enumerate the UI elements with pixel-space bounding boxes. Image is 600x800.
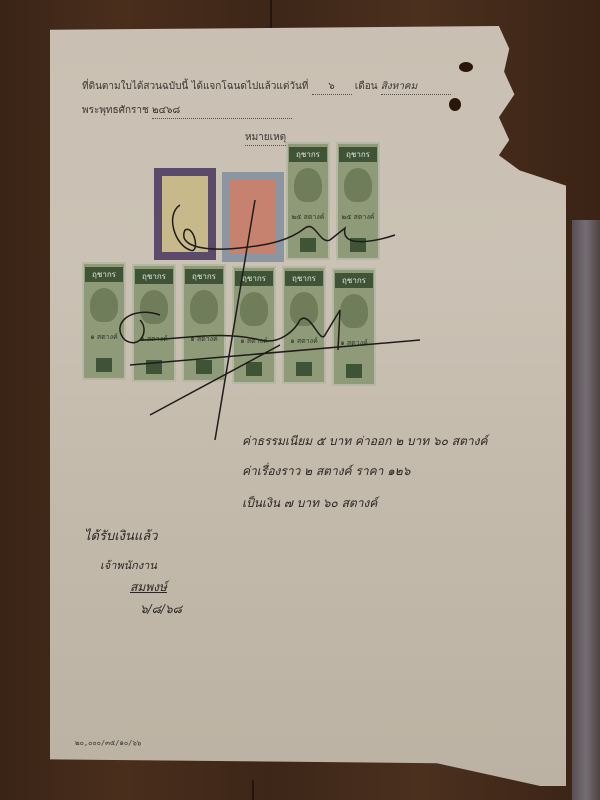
signature-date: ๖/๘/๖๘: [140, 600, 182, 619]
handwritten-fee-line-3: เป็นเงิน ๗ บาท ๖๐ สตางค์: [242, 494, 377, 513]
officer-signature: สมพงษ์: [130, 578, 167, 597]
signature-ink-strokes: [0, 0, 600, 800]
received-money-note: ได้รับเงินแล้ว: [84, 525, 158, 546]
officer-label: เจ้าพนักงาน: [100, 556, 157, 574]
print-run-code: ๒๐,๐๐๐/๓๕/๑๐/๖๖: [75, 738, 141, 749]
handwritten-fee-line-1: ค่าธรรมเนียม ๕ บาท ค่าออก ๒ บาท ๖๐ สตางค…: [242, 432, 488, 451]
handwritten-fee-line-2: ค่าเรื่องราว ๒ สตางค์ ราคา ๑๒๖: [242, 462, 410, 481]
